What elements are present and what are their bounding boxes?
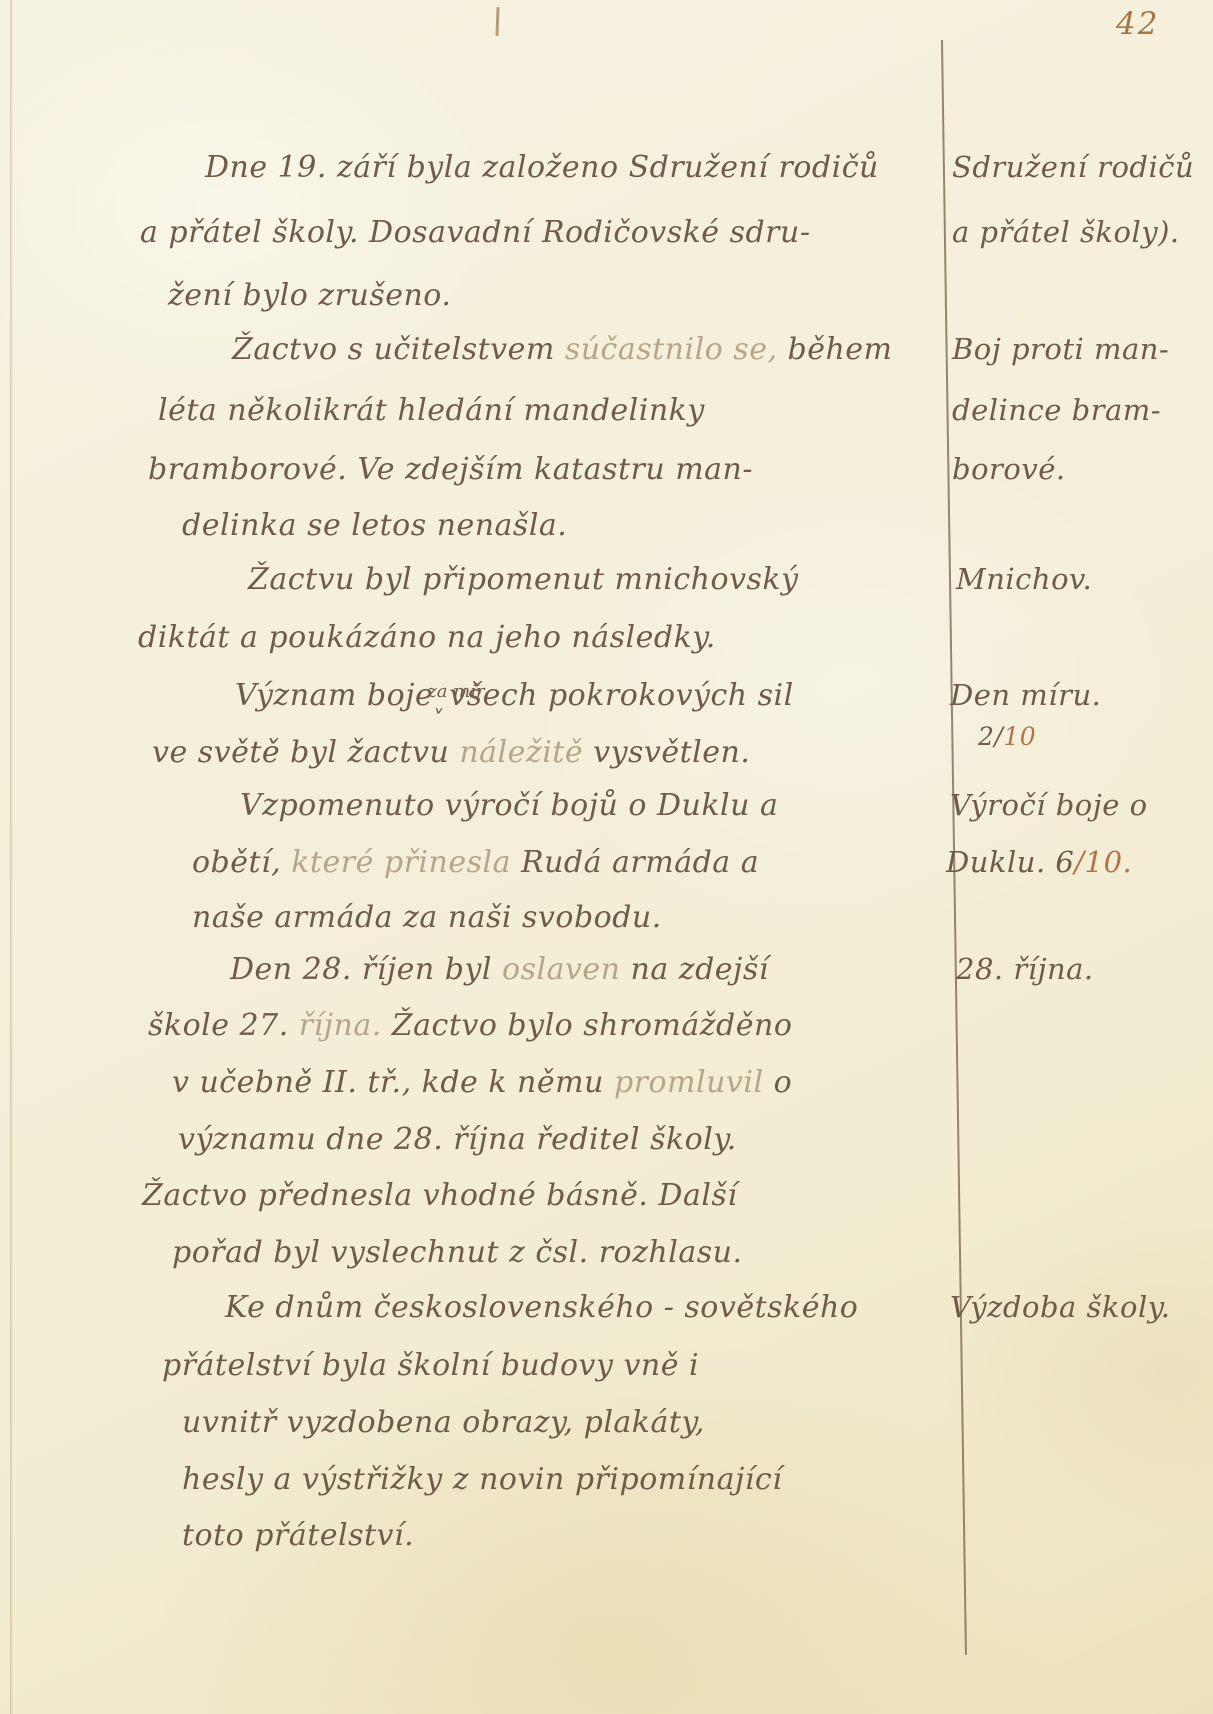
- text-line: přátelství byla školní budovy vně i: [162, 1348, 699, 1383]
- text-line: naše armáda za naši svobodu.: [192, 900, 662, 935]
- margin-note: Výročí boje o: [950, 788, 1148, 822]
- inserted-text: za mír: [427, 681, 484, 702]
- text-line: Ke dnům československého - sovětského: [225, 1290, 858, 1325]
- text-line: Žactvu byl připomenut mnichovský: [248, 562, 799, 597]
- text-line: léta několikrát hledání mandelinky: [158, 393, 705, 428]
- text-line: ve světě byl žactvu náležitě vysvětlen.: [152, 735, 750, 770]
- faded-word: oslaven: [502, 952, 620, 987]
- text-line: Žactvo přednesla vhodné básně. Další: [142, 1178, 737, 1213]
- faded-word: súčastnilo se,: [565, 332, 778, 367]
- text-line: a přátel školy. Dosavadní Rodičovské sdr…: [140, 215, 810, 250]
- margin-note: borové.: [952, 452, 1066, 486]
- page-number: 42: [1116, 6, 1159, 42]
- text-line: škole 27. října. Žactvo bylo shromážděno: [148, 1008, 792, 1043]
- text-line: Den 28. říjen byl oslaven na zdejší: [230, 952, 769, 987]
- stray-pen-mark: [495, 7, 499, 36]
- margin-note: a přátel školy).: [952, 215, 1180, 249]
- faded-word: promluvil: [614, 1065, 764, 1100]
- text-line: obětí, které přinesla Rudá armáda a: [192, 845, 759, 880]
- text-line: v učebně II. tř., kde k němu promluvil o: [172, 1065, 792, 1100]
- faded-word: náležitě: [459, 735, 583, 770]
- text-line: Vzpomenuto výročí bojů o Duklu a: [240, 788, 778, 823]
- margin-note: Sdružení rodičů: [952, 150, 1194, 184]
- page-fold-crease: [10, 0, 13, 1714]
- text-line: toto přátelství.: [182, 1518, 414, 1553]
- text-line: Žactvo s učitelstvem súčastnilo se, běhe…: [232, 332, 893, 367]
- margin-date-note: 2/10: [978, 722, 1036, 751]
- text-line: bramborové. Ve zdejším katastru man-: [148, 452, 753, 487]
- margin-note: Duklu. 6/10.: [946, 845, 1132, 879]
- red-ink-number: 10: [1003, 722, 1036, 751]
- margin-note: Výzdoba školy.: [950, 1290, 1170, 1324]
- margin-note: Boj proti man-: [952, 332, 1169, 366]
- text-line: žení bylo zrušeno.: [168, 278, 451, 313]
- faded-word: které přinesla: [291, 845, 511, 880]
- faded-word: října.: [299, 1008, 382, 1043]
- chronicle-page: 42 Dne 19. září byla založeno Sdružení r…: [0, 0, 1213, 1714]
- text-line: uvnitř vyzdobena obrazy, plakáty,: [182, 1405, 705, 1440]
- margin-note: Den míru.: [950, 678, 1101, 712]
- text-line: Dne 19. září byla založeno Sdružení rodi…: [205, 150, 879, 185]
- margin-note: 28. října.: [956, 952, 1094, 986]
- text-line: delinka se letos nenašla.: [182, 508, 567, 543]
- margin-note: delince bram-: [952, 393, 1161, 427]
- text-line: významu dne 28. října ředitel školy.: [178, 1122, 737, 1157]
- text-line: pořad byl vyslechnut z čsl. rozhlasu.: [172, 1235, 742, 1270]
- red-ink-number: /10.: [1074, 845, 1132, 879]
- text-line: Význam boje˅za mírvšech pokrokových sil: [235, 678, 794, 713]
- margin-note: Mnichov.: [956, 562, 1092, 596]
- text-line: hesly a výstřižky z novin připomínající: [182, 1462, 782, 1497]
- text-line: diktát a poukázáno na jeho následky.: [138, 620, 716, 655]
- caret-icon: ˅: [433, 707, 445, 732]
